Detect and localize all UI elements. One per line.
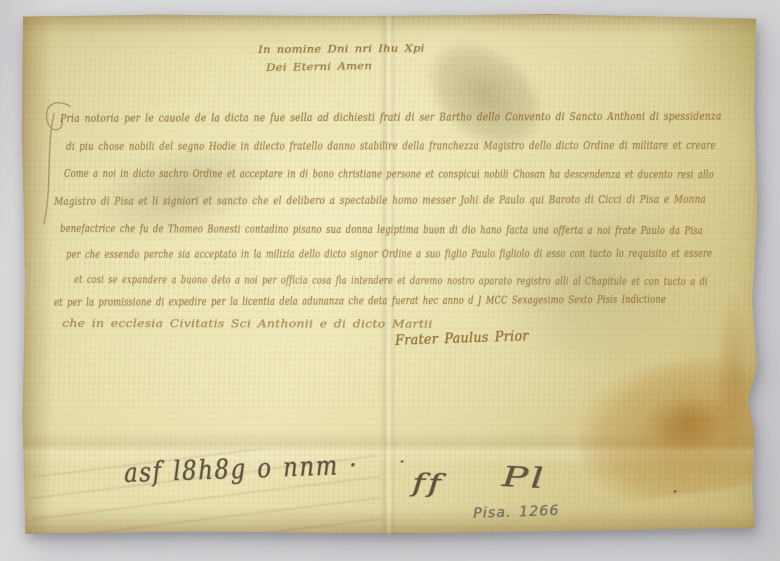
manuscript-line: per che essendo perche sia acceptato in … [66, 247, 712, 261]
signature-line: Frater Paulus Prior [395, 328, 529, 349]
photo-background: In nomine Dni nri Ihu XpiDei Eterni Amen… [0, 0, 780, 561]
archival-mark: · [399, 452, 407, 471]
manuscript-line: Magistro di Pisa et li signiori et sanct… [54, 193, 706, 208]
archival-mark: asf l8h8g o nnm · [123, 450, 358, 489]
archival-mark: ff [411, 468, 443, 498]
manuscript-line: Come a noi in dicto sachro Ordine et acc… [64, 167, 714, 181]
archival-mark: Pl [501, 460, 546, 495]
invocation-line: Dei Eterni Amen [266, 60, 372, 74]
manuscript-line: benefactrice che fu de Thomeo Bonesti co… [60, 222, 703, 237]
manuscript-line: et cosi se expandere a buono deto a noi … [74, 273, 708, 288]
manuscript-line: che in ecclesia Civitatis Sci Anthonii e… [62, 317, 432, 331]
handwriting-layer: In nomine Dni nri Ihu XpiDei Eterni Amen… [0, 0, 780, 561]
manuscript-line: Pria notoria per le cauole de la dicta n… [60, 110, 722, 125]
invocation-line: In nomine Dni nri Ihu Xpi [258, 43, 425, 56]
manuscript-line: et per la promissione di expedire per la… [54, 293, 666, 309]
manuscript-line: di piu chose nobili del segno Hodie in d… [66, 139, 716, 153]
archival-mark: · [672, 482, 680, 501]
pencil-note-text: Pisa. 1266 [473, 503, 560, 522]
